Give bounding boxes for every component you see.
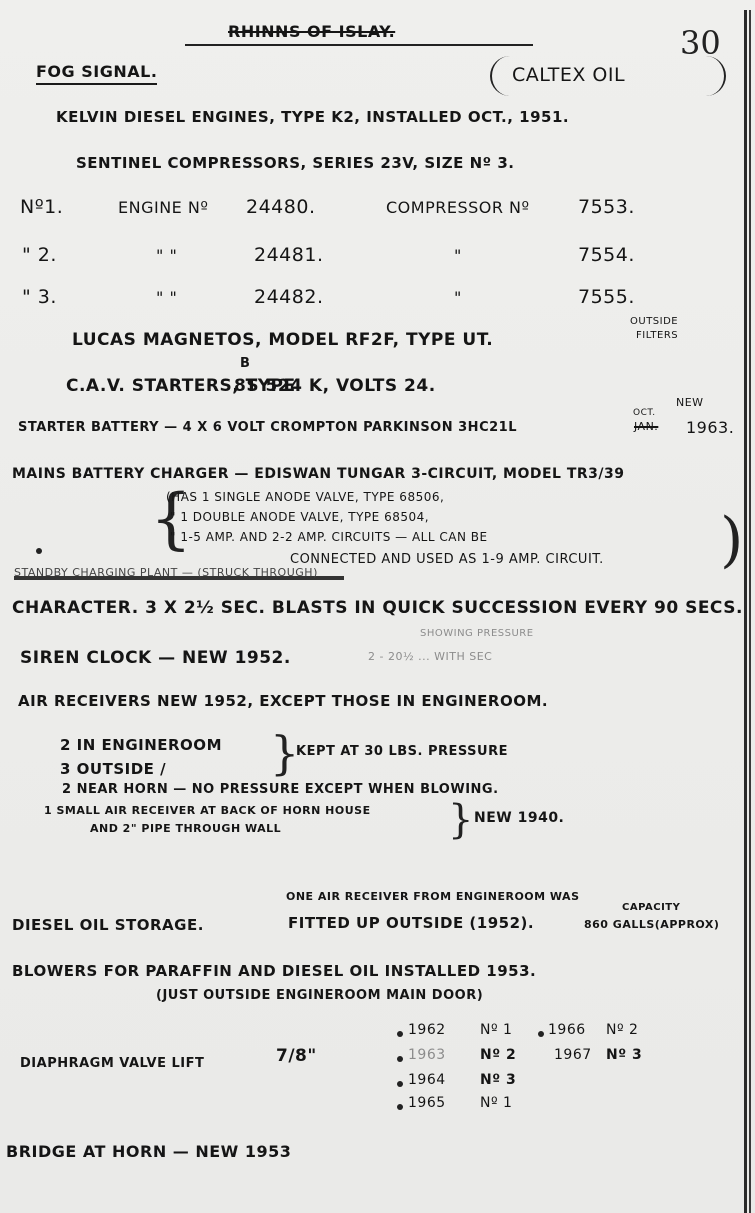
engine-number: 24480. <box>246 196 315 218</box>
blowers-sub: (Just outside Engineroom Main Door) <box>156 988 483 1003</box>
charger-detail: (Has 1 single Anode Valve, Type 68506, <box>166 490 444 504</box>
capacity-value: 860 Galls(Approx) <box>584 918 719 931</box>
compressor-number: 7553. <box>578 196 635 218</box>
engine-label: Engine Nº <box>118 198 208 217</box>
log-number: Nº 1 <box>480 1022 512 1038</box>
document-page: Rhinns of Islay. 30 Fog Signal. Caltex O… <box>0 0 755 1213</box>
charger-line: Mains Battery Charger — Ediswan Tungar 3… <box>12 466 625 482</box>
log-number: Nº 1 <box>480 1095 512 1111</box>
bullet-icon <box>397 1081 403 1087</box>
diesel-note-top: One Air Receiver from Engineroom was <box>286 890 580 903</box>
siren-faint-note: 2 - 20½ ... with sec <box>368 650 492 663</box>
engine-label: " " <box>156 246 177 265</box>
log-number: Nº 3 <box>480 1072 516 1088</box>
starter-battery-struck-month: Jan. <box>634 420 658 433</box>
starters-type: 8S 524 K, Volts 24. <box>234 376 436 396</box>
starter-battery-new: New <box>676 396 704 409</box>
bullet-icon <box>397 1056 403 1062</box>
siren-line: Siren Clock — New 1952. <box>20 648 291 668</box>
page-border-line <box>749 10 751 1213</box>
bridge-line: Bridge at Horn — New 1953 <box>6 1142 291 1161</box>
diesel-storage-note: Fitted up outside (1952). <box>288 914 534 932</box>
engine-label: " " <box>156 288 177 307</box>
character-line: Character. 3 x 2½ sec. Blasts in Quick S… <box>12 598 743 618</box>
receiver-row: and 2" Pipe Through Wall <box>90 822 281 835</box>
margin-note-outside: Outside <box>630 316 678 327</box>
receiver-brace: } <box>270 730 299 776</box>
new-1940-note: New 1940. <box>474 810 564 826</box>
receiver-row: 1 Small Air Receiver at back of Horn Hou… <box>44 804 371 817</box>
receiver-brace: } <box>448 800 473 840</box>
engine-number: 24482. <box>254 286 323 308</box>
compressors-line: Sentinel Compressors, Series 23V, Size N… <box>76 154 514 172</box>
diesel-storage-label: Diesel Oil Storage. <box>12 916 204 934</box>
log-year: 1965 <box>408 1095 446 1111</box>
siren-faint-note: showing pressure <box>420 628 534 639</box>
diaphragm-label: Diaphragm Valve Lift <box>20 1056 204 1071</box>
station-title: Rhinns of Islay. <box>228 22 395 41</box>
receiver-row: 3 Outside / <box>60 760 166 778</box>
oil-note: Caltex Oil <box>512 64 625 86</box>
log-year: 1966 <box>548 1022 586 1038</box>
compressor-label: " <box>454 246 462 265</box>
unit-label: Nº1. <box>20 196 63 218</box>
bullet-icon <box>538 1031 544 1037</box>
bullet-icon <box>397 1104 403 1110</box>
starter-battery-year: 1963. <box>686 418 734 437</box>
charger-detail: Connected and used as 1-9 Amp. Circuit. <box>290 552 604 567</box>
unit-label: " 3. <box>22 286 57 308</box>
dot-mark <box>36 548 42 554</box>
charger-detail: " 1-5 Amp. and 2-2 Amp. Circuits — All c… <box>170 530 488 544</box>
engines-line: Kelvin Diesel Engines, Type K2, Installe… <box>56 108 569 126</box>
bullet-icon <box>397 1031 403 1037</box>
compressor-number: 7555. <box>578 286 635 308</box>
receiver-row: 2 in Engineroom <box>60 736 222 754</box>
receiver-row: 2 Near Horn — No Pressure Except When Bl… <box>62 782 499 797</box>
compressor-label: " <box>454 288 462 307</box>
log-year: 1962 <box>408 1022 446 1038</box>
starter-battery-oct: Oct. <box>633 408 656 418</box>
magnetos-line: Lucas Magnetos, Model RF2F, Type UT. <box>72 330 493 350</box>
page-border-line <box>744 10 747 1213</box>
diaphragm-value: 7/8" <box>276 1046 317 1066</box>
margin-note-filters: Filters <box>636 330 678 341</box>
charger-detail: " 1 Double Anode Valve, Type 68504, <box>170 510 429 524</box>
log-year: 1967 <box>554 1047 592 1063</box>
air-receivers-line: Air Receivers New 1952, except those in … <box>18 692 548 710</box>
log-number: Nº 2 <box>480 1047 516 1063</box>
unit-label: " 2. <box>22 244 57 266</box>
starter-battery-line: Starter Battery — 4 x 6 Volt Crompton Pa… <box>18 420 517 435</box>
section-title: Fog Signal. <box>36 62 157 85</box>
log-year: 1963 <box>408 1047 446 1063</box>
blowers-line: Blowers for Paraffin and Diesel Oil inst… <box>12 962 536 980</box>
kept-pressure-note: Kept at 30 lbs. Pressure <box>296 744 508 759</box>
charger-close-paren: ) <box>720 510 743 570</box>
starters-correction: B <box>240 356 250 371</box>
compressor-number: 7554. <box>578 244 635 266</box>
log-number: Nº 2 <box>606 1022 638 1038</box>
compressor-label: Compressor Nº <box>386 198 530 217</box>
capacity-label: Capacity <box>622 902 680 913</box>
log-number: Nº 3 <box>606 1047 642 1063</box>
log-year: 1964 <box>408 1072 446 1088</box>
title-underline <box>185 44 533 46</box>
struck-standby-text: Standby Charging Plant — (struck through… <box>14 566 318 579</box>
engine-number: 24481. <box>254 244 323 266</box>
